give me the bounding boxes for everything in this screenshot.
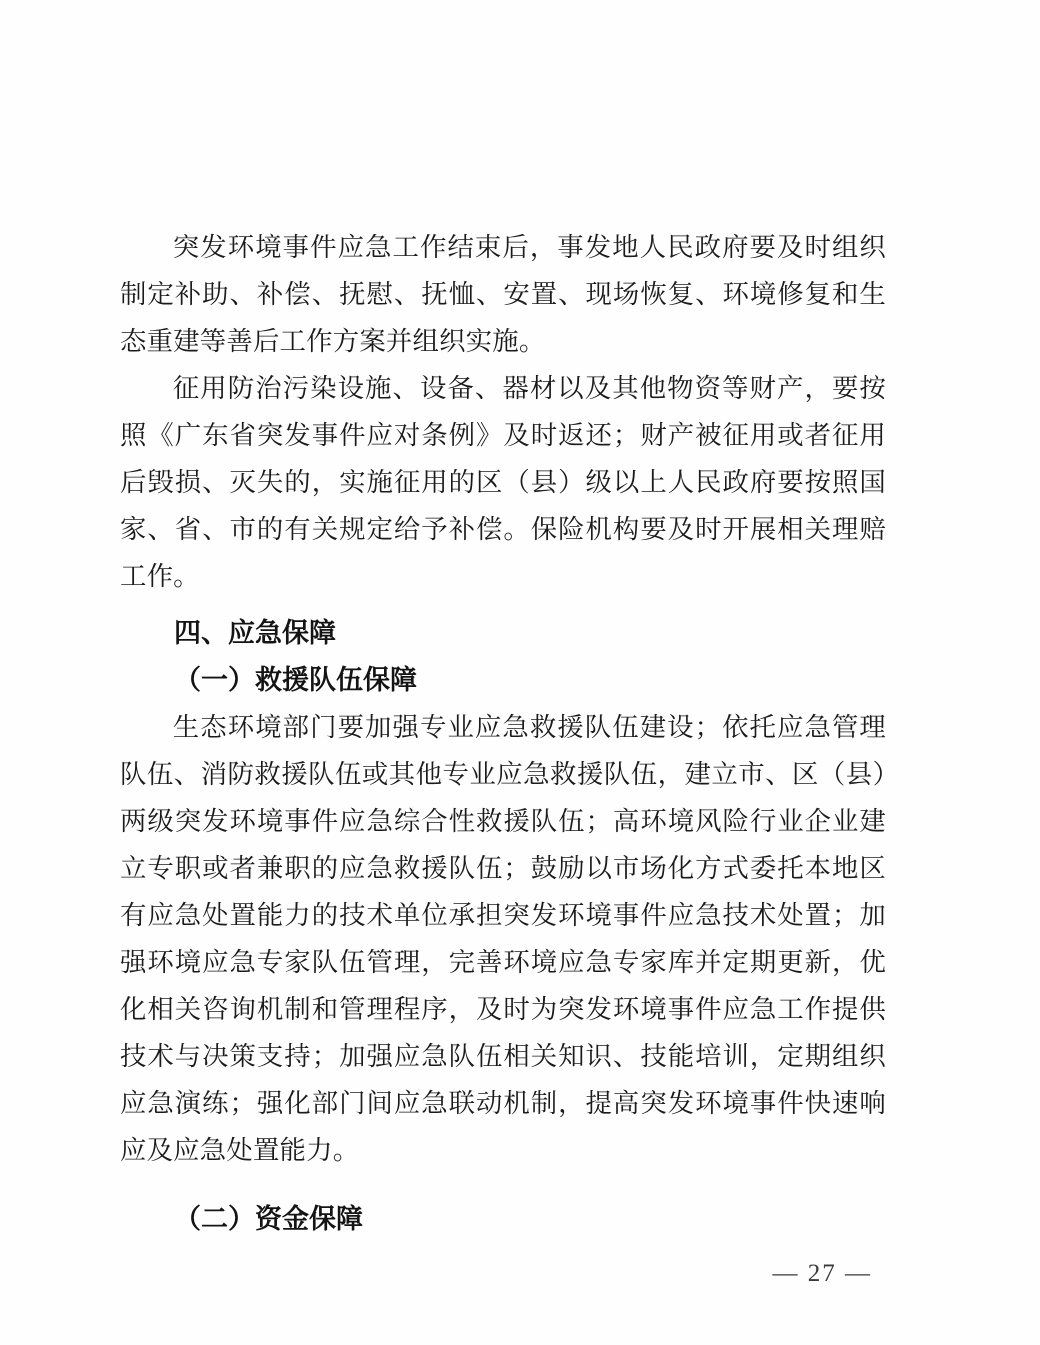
paragraph-aftermath-plan: 突发环境事件应急工作结束后，事发地人民政府要及时组织制定补助、补偿、抚慰、抚恤、… — [120, 224, 886, 365]
paragraph-rescue-team-details: 生态环境部门要加强专业应急救援队伍建设；依托应急管理队伍、消防救援队伍或其他专业… — [120, 704, 886, 1174]
document-page: 突发环境事件应急工作结束后，事发地人民政府要及时组织制定补助、补偿、抚慰、抚恤、… — [0, 0, 1040, 1345]
paragraph-requisition-compensation: 征用防治污染设施、设备、器材以及其他物资等财产，要按照《广东省突发事件应对条例》… — [120, 365, 886, 600]
subsection-heading-rescue-team-support: （一）救援队伍保障 — [120, 657, 886, 704]
section-heading-emergency-support: 四、应急保障 — [120, 610, 886, 657]
document-content: 突发环境事件应急工作结束后，事发地人民政府要及时组织制定补助、补偿、抚慰、抚恤、… — [120, 224, 886, 1243]
page-number: — 27 — — [773, 1258, 873, 1290]
subsection-heading-funding-support: （二）资金保障 — [120, 1196, 886, 1243]
